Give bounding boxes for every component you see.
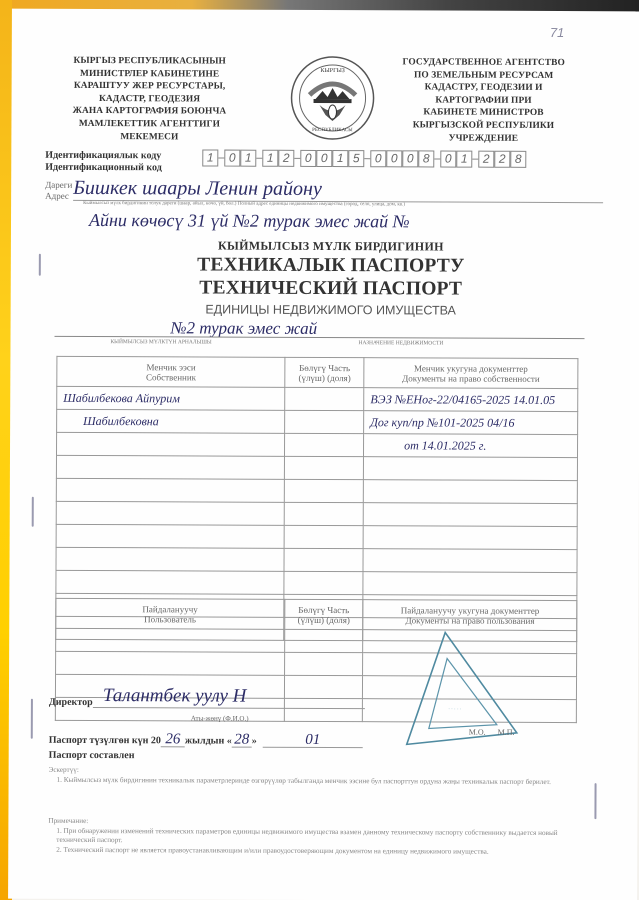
table-cell [363,526,577,550]
table-header-row: Менчик ээсиСобственникБөлүгү Часть(үлүш)… [57,356,578,388]
identification-code-field[interactable]: 101120015000801228 [202,149,526,167]
table-cell [56,570,285,594]
table-cell: ВЭЗ №ЕНог-22/04165-2025 14.01.05 [364,388,578,412]
header-org-kyrgyz: КЫРГЫЗ РЕСПУБЛИКАСЫНЫН МИНИСТРЛЕР КАБИНЕ… [49,55,249,144]
table-cell [285,433,364,456]
owner-row [56,570,577,595]
table-cell [363,503,577,527]
table-cell [56,455,285,479]
table-cell [285,410,364,433]
director-caption: Аты-жөнү (Ф.И.О.) [191,713,249,724]
code-digit-box: 8 [418,150,434,167]
table-cell: от 14.01.2025 г. [364,434,578,458]
code-digit-box: 0 [402,150,418,167]
table-cell [363,549,577,573]
page-number: 71 [550,25,565,40]
table-cell [285,479,364,502]
table-header-row: ПайдалануучуПользовательБөлүгү Часть(үлү… [56,598,577,630]
code-digit-box: 0 [224,150,240,167]
column-header: Менчик ээсиСобственник [57,356,286,387]
table-cell [56,651,285,675]
code-digit-box: 1 [202,149,218,166]
issue-date-line: Паспорт түзүлгөн күн 20 26 жылдын « 28 »… [49,732,363,748]
table-cell: Шабилбекова Айпурим [57,386,286,410]
issue-year: 26 [161,732,185,747]
scan-mark [32,497,34,527]
code-digit-box: 2 [478,151,494,168]
code-digit-box: 2 [494,151,510,168]
title-russian: ТЕХНИЧЕСКИЙ ПАСПОРТ [121,277,541,301]
owner-row [56,547,577,572]
owner-row: ШабилбековнаДог куп/пр №101-2025 04/16 [57,409,578,434]
address-label: Дареги Адрес [45,180,72,202]
table-cell [284,571,363,594]
code-digit-box: 1 [332,150,348,167]
address-line-1: Бишкек шаары Ленин району [73,176,603,203]
table-cell: Дог куп/пр №101-2025 04/16 [364,411,578,435]
code-digit-box: 0 [440,151,456,168]
director-signature: Талантбек уулу Н [93,684,365,709]
table-cell [285,502,364,525]
issue-day: 28 [232,733,252,748]
table-cell [284,548,363,571]
table-cell [56,524,285,548]
svg-text:· · · · ·: · · · · · [448,708,462,713]
code-digit-box: 0 [316,150,332,167]
owner-row: от 14.01.2025 г. [56,432,577,457]
address-line-2: Айни көчөсү 31 үй №2 турак эмес жай № [89,208,629,234]
table-cell [285,387,364,410]
svg-text:КЫРГЫЗ: КЫРГЫЗ [321,68,345,74]
director-label: Директор [49,697,93,709]
scan-mark [31,699,33,739]
notes-kyrgyz: Эскертүү: 1. Кыймылсыз мүлк бирдигинин т… [49,766,569,787]
title-russian-subtitle: ЕДИНИЦЫ НЕДВИЖИМОГО ИМУЩЕСТВА [121,302,541,318]
owner-row [56,455,577,480]
table-cell [56,478,285,502]
code-digit-box: 0 [370,150,386,167]
table-cell [363,480,577,504]
table-cell [56,628,285,652]
code-digit-box: 8 [510,151,526,168]
code-digit-box: 2 [278,150,294,167]
code-digit-box: 0 [386,150,402,167]
notes-russian: Примечание: 1. При обнаружении изменений… [48,817,568,857]
code-digit-box: 5 [348,150,364,167]
owner-row [56,478,577,503]
code-digit-box: 0 [300,150,316,167]
owner-row: Шабилбекова АйпуримВЭЗ №ЕНог-22/04165-20… [57,386,578,411]
owner-row [56,524,577,549]
purpose-caption-ky: КЫЙМЫЛСЫЗ МҮЛКТҮН АРНАЛЫШЫ [110,339,211,345]
column-header: Бөлүгү Часть(үлүш) (доля) [285,357,364,387]
table-cell [285,456,364,479]
scan-mark [39,254,41,276]
table-cell [56,432,285,456]
svg-text:РЕСПУБЛИКАСЫ: РЕСПУБЛИКАСЫ [312,128,353,133]
purpose-caption-ru: НАЗНАЧЕНИЕ НЕДВИЖИМОСТИ [358,340,443,346]
title-kyrgyz: ТЕХНИКАЛЫК ПАСПОРТУ [121,254,541,278]
table-cell [284,629,363,652]
table-cell [284,525,363,548]
code-digit-box: 1 [262,150,278,167]
code-digit-box: 1 [456,151,472,168]
scan-mark [594,783,596,819]
title-kyrgyz-subtitle: КЫЙМЫЛСЫЗ МҮЛК БИРДИГИНИН [121,238,541,255]
owner-row [56,501,577,526]
column-header: Бөлүгү Часть(үлүш) (доля) [284,599,363,629]
identification-label: Идентификациялык коду Идентификационный … [45,150,162,175]
stamp-place-label: М.О. М.П. [469,727,515,738]
table-cell [56,547,285,571]
column-header: Менчик укугуна документтерДокументы на п… [364,358,578,389]
column-header: Пайдалануучу укугуна документтерДокумент… [363,600,577,631]
table-cell [363,572,577,596]
table-cell [284,652,363,675]
address-caption: Кыймылсыз мүлк бирдигинин толук дареги (… [83,201,405,207]
table-cell [364,457,578,481]
technical-passport-page: 71 КЫРГЫЗ РЕСПУБЛИКАСЫНЫН МИНИСТРЛЕР КАБ… [8,9,639,900]
header-org-russian: ГОСУДАРСТВЕННОЕ АГЕНТСТВО ПО ЗЕМЕЛЬНЫМ Р… [383,56,583,145]
column-header: ПайдалануучуПользователь [56,598,285,629]
kyrgyz-state-emblem-icon: КЫРГЫЗ РЕСПУБЛИКАСЫ [289,55,375,141]
issue-date-label-ru: Паспорт составлен [49,750,135,762]
table-cell: Шабилбековна [57,409,286,433]
code-digit-box: 1 [240,150,256,167]
table-cell [56,501,285,525]
issue-month: 01 [263,733,363,748]
